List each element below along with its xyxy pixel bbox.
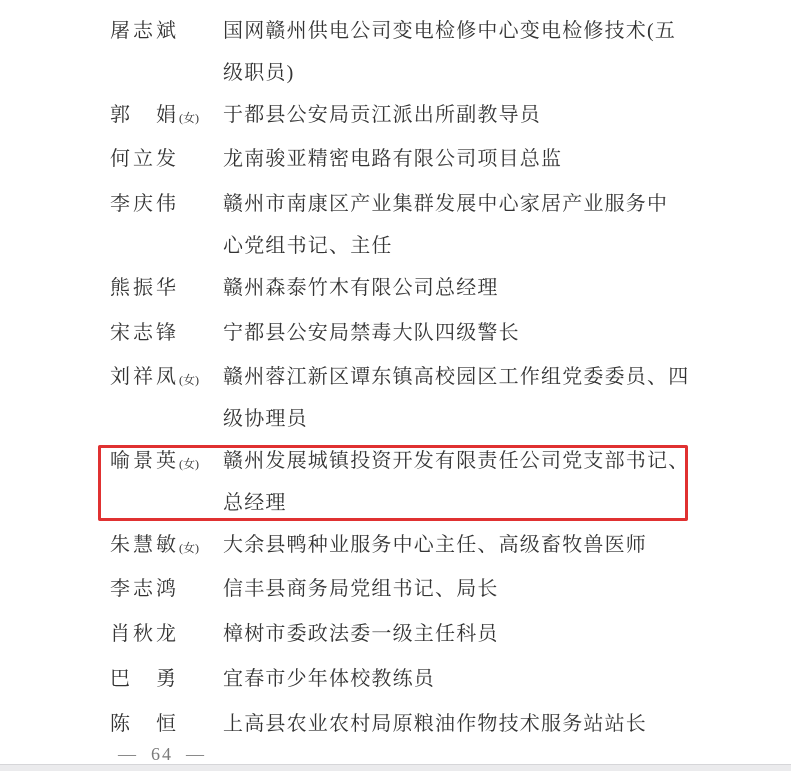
person-title: 赣州蓉江新区谭东镇高校园区工作组党委委员、四级协理员: [223, 357, 689, 441]
title-line: 心党组书记、主任: [223, 226, 682, 268]
person-name: 李志鸿: [110, 569, 223, 614]
name-text: 宋志锋: [110, 322, 179, 344]
title-line: 总经理: [223, 483, 689, 525]
person-name: 郭 娟(女): [110, 95, 223, 140]
person-name: 屠志斌: [110, 11, 223, 95]
list-item: 屠志斌 国网赣州供电公司变电检修中心变电检修技术(五级职员): [110, 11, 682, 95]
person-title: 上高县农业农村局原粮油作物技术服务站站长: [223, 704, 682, 749]
name-text: 喻景英: [110, 450, 179, 472]
title-line: 于都县公安局贡江派出所副教导员: [223, 95, 682, 137]
name-text: 李志鸿: [110, 578, 179, 600]
title-line: 信丰县商务局党组书记、局长: [223, 569, 682, 611]
person-title: 龙南骏亚精密电路有限公司项目总监: [223, 139, 682, 184]
person-name: 朱慧敏(女): [110, 525, 223, 570]
list-item: 陈 恒 上高县农业农村局原粮油作物技术服务站站长: [110, 704, 682, 749]
person-name: 肖秋龙: [110, 614, 223, 659]
list-item: 李志鸿 信丰县商务局党组书记、局长: [110, 569, 682, 614]
list-item: 刘祥凤(女) 赣州蓉江新区谭东镇高校园区工作组党委委员、四级协理员: [110, 357, 682, 441]
name-text: 巴 勇: [110, 668, 179, 690]
title-line: 宜春市少年体校教练员: [223, 659, 682, 701]
title-line: 赣州森泰竹木有限公司总经理: [223, 268, 682, 310]
person-title: 赣州森泰竹木有限公司总经理: [223, 268, 682, 313]
person-name: 何立发: [110, 139, 223, 184]
name-text: 朱慧敏: [110, 534, 179, 556]
title-line: 樟树市委政法委一级主任科员: [223, 614, 682, 656]
title-line: 级协理员: [223, 399, 689, 441]
name-text: 郭 娟: [110, 104, 179, 126]
page-number: — 64 —: [118, 744, 206, 764]
person-title: 樟树市委政法委一级主任科员: [223, 614, 682, 659]
person-name: 巴 勇: [110, 659, 223, 704]
title-line: 上高县农业农村局原粮油作物技术服务站站长: [223, 704, 682, 746]
person-title: 宜春市少年体校教练员: [223, 659, 682, 704]
entries-list: 屠志斌 国网赣州供电公司变电检修中心变电检修技术(五级职员) 郭 娟(女) 于都…: [110, 11, 682, 749]
list-item: 宋志锋 宁都县公安局禁毒大队四级警长: [110, 313, 682, 358]
title-line: 宁都县公安局禁毒大队四级警长: [223, 313, 682, 355]
person-title: 赣州市南康区产业集群发展中心家居产业服务中心党组书记、主任: [223, 184, 682, 268]
name-text: 熊振华: [110, 277, 179, 299]
list-item: 喻景英(女) 赣州发展城镇投资开发有限责任公司党支部书记、总经理: [110, 441, 682, 525]
name-text: 陈 恒: [110, 713, 179, 735]
list-item: 郭 娟(女) 于都县公安局贡江派出所副教导员: [110, 95, 682, 140]
title-line: 级职员): [223, 53, 682, 95]
page-bottom-edge: [0, 764, 791, 771]
person-name: 喻景英(女): [110, 441, 223, 525]
list-item: 巴 勇 宜春市少年体校教练员: [110, 659, 682, 704]
person-name: 陈 恒: [110, 704, 223, 749]
name-text: 屠志斌: [110, 20, 179, 42]
gender-suffix: (女): [179, 457, 199, 471]
list-item: 肖秋龙 樟树市委政法委一级主任科员: [110, 614, 682, 659]
title-line: 赣州市南康区产业集群发展中心家居产业服务中: [223, 184, 682, 226]
gender-suffix: (女): [179, 111, 199, 125]
person-name: 刘祥凤(女): [110, 357, 223, 441]
title-line: 大余县鸭种业服务中心主任、高级畜牧兽医师: [223, 525, 682, 567]
person-title: 国网赣州供电公司变电检修中心变电检修技术(五级职员): [223, 11, 682, 95]
person-title: 于都县公安局贡江派出所副教导员: [223, 95, 682, 140]
list-item: 朱慧敏(女) 大余县鸭种业服务中心主任、高级畜牧兽医师: [110, 525, 682, 570]
list-item: 李庆伟 赣州市南康区产业集群发展中心家居产业服务中心党组书记、主任: [110, 184, 682, 268]
gender-suffix: (女): [179, 373, 199, 387]
person-name: 宋志锋: [110, 313, 223, 358]
person-name: 李庆伟: [110, 184, 223, 268]
person-title: 赣州发展城镇投资开发有限责任公司党支部书记、总经理: [223, 441, 689, 525]
name-text: 李庆伟: [110, 193, 179, 215]
person-title: 大余县鸭种业服务中心主任、高级畜牧兽医师: [223, 525, 682, 570]
person-title: 宁都县公安局禁毒大队四级警长: [223, 313, 682, 358]
list-item: 何立发 龙南骏亚精密电路有限公司项目总监: [110, 139, 682, 184]
document-page: 屠志斌 国网赣州供电公司变电检修中心变电检修技术(五级职员) 郭 娟(女) 于都…: [0, 0, 791, 771]
title-line: 龙南骏亚精密电路有限公司项目总监: [223, 139, 682, 181]
person-title: 信丰县商务局党组书记、局长: [223, 569, 682, 614]
title-line: 赣州蓉江新区谭东镇高校园区工作组党委委员、四: [223, 357, 689, 399]
person-name: 熊振华: [110, 268, 223, 313]
list-item: 熊振华 赣州森泰竹木有限公司总经理: [110, 268, 682, 313]
name-text: 何立发: [110, 148, 179, 170]
title-line: 国网赣州供电公司变电检修中心变电检修技术(五: [223, 11, 682, 53]
name-text: 刘祥凤: [110, 366, 179, 388]
gender-suffix: (女): [179, 541, 199, 555]
name-text: 肖秋龙: [110, 623, 179, 645]
title-line: 赣州发展城镇投资开发有限责任公司党支部书记、: [223, 441, 689, 483]
